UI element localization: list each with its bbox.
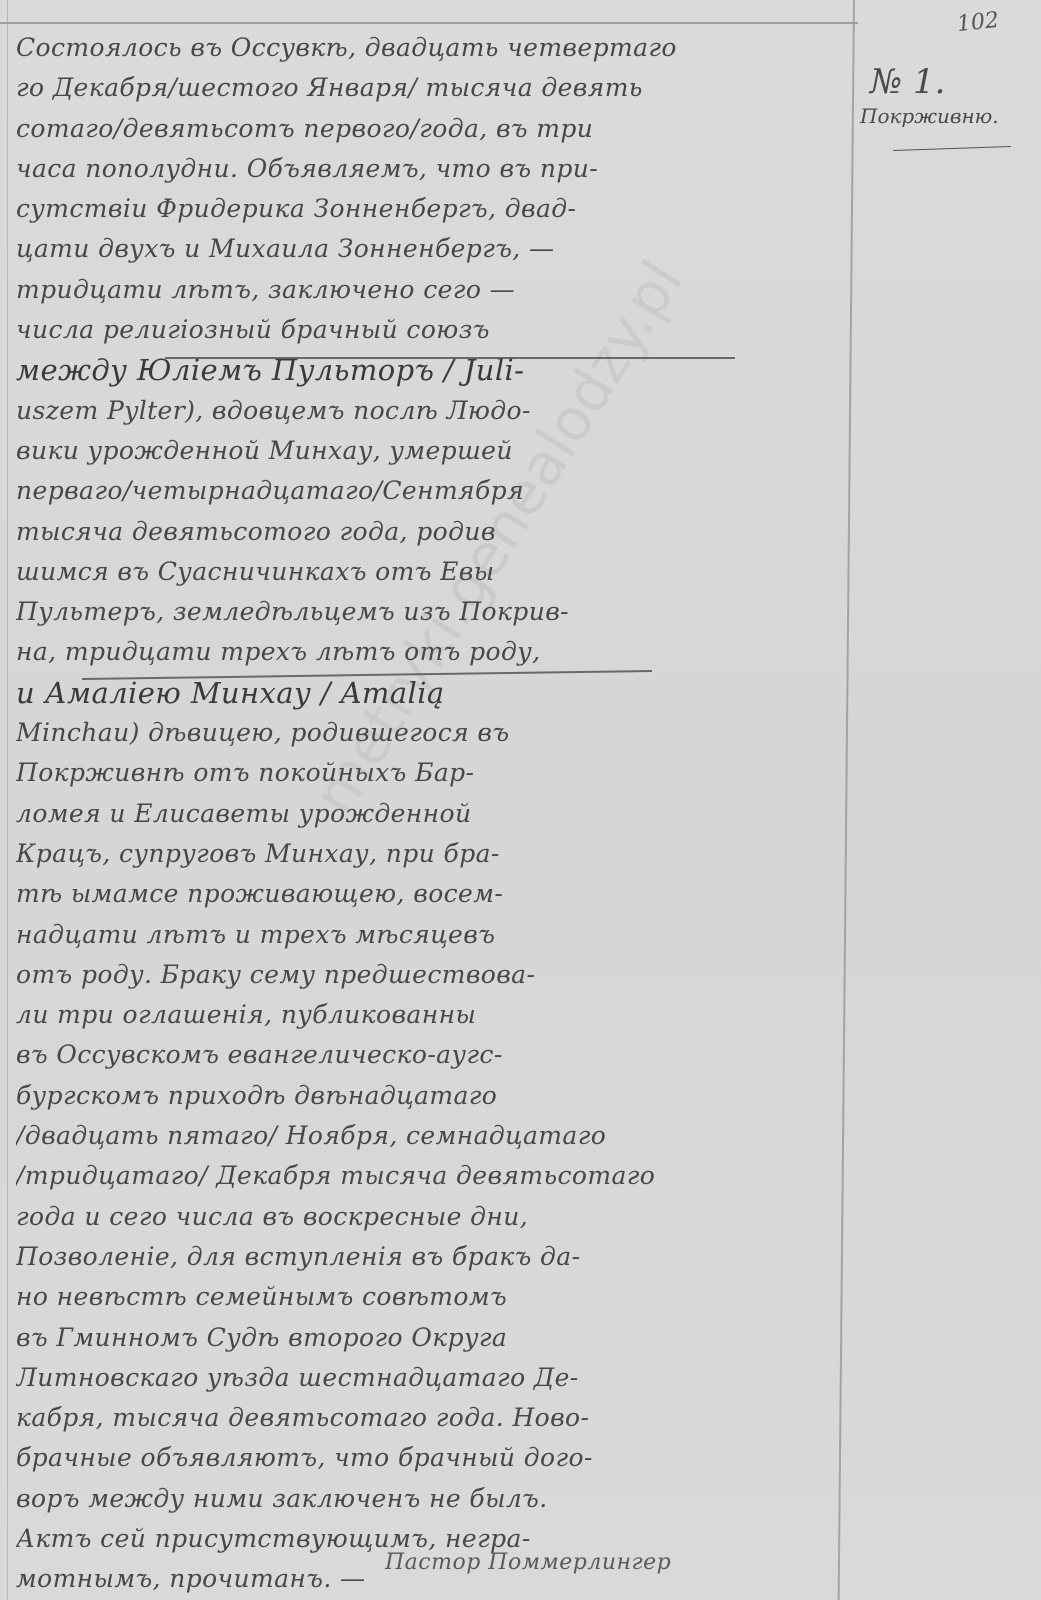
record-line: числа религіозный брачный союзъ [16,310,852,350]
record-line: Пультеръ, земледѣльцемъ изъ Покрив- [16,592,852,632]
record-line: вики урожденной Минхау, умершей [16,431,852,471]
record-line: въ Оссувскомъ евангелическо-аугс- [16,1035,852,1075]
record-line: тѣ ымамсе проживающею, восем- [16,874,852,914]
act-village-underline [893,146,1011,151]
record-line: Крацъ, супруговъ Минхау, при бра- [16,834,852,874]
record-line: Состоялось въ Оссувкѣ, двадцать четверта… [16,28,852,68]
record-line: брачные объявляютъ, что брачный дого- [16,1438,852,1478]
record-body: Состоялось въ Оссувкѣ, двадцать четверта… [16,28,852,1600]
record-line: воръ между ними заключенъ не былъ. [16,1479,852,1519]
record-line: кабря, тысяча девятьсотаго года. Ново- [16,1398,852,1438]
record-line: шимся въ Суасничинкахъ отъ Евы [16,552,852,592]
record-line: сотаго/девятьсотъ первого/года, въ три [16,109,852,149]
signature: Пастор Поммерлингер [385,1550,671,1575]
record-line: тысяча девятьсотого года, родив [16,512,852,552]
record-line: отъ роду. Браку сему предшествова- [16,955,852,995]
page-number: 102 [956,8,1000,37]
left-page-edge [7,0,8,1600]
act-village: Покрживню. [860,104,999,128]
record-line: Литновскаго уѣзда шестнадцатаго Де- [16,1358,852,1398]
record-line: Minchau) дѣвицею, родившегося въ [16,713,852,753]
record-line: /тридцатаго/ Декабря тысяча девятьсотаго [16,1156,852,1196]
act-number: № 1. [870,62,945,102]
record-line: въ Гминномъ Судѣ второго Округа [16,1318,852,1358]
record-line: часа пополудни. Объявляемъ, что въ при- [16,149,852,189]
record-line: перваго/четырнадцатаго/Сентября [16,471,852,511]
record-line: Позволеніе, для вступленія въ бракъ да- [16,1237,852,1277]
record-line: цати двухъ и Михаила Зонненбергъ, — [16,229,852,269]
record-line: года и сего числа въ воскресные дни, [16,1197,852,1237]
groom-name-underline [165,357,735,359]
record-line: го Декабря/шестого Января/ тысяча девять [16,68,852,108]
record-line: Покрживнѣ отъ покойныхъ Бар- [16,753,852,793]
record-line: ломея и Елисаветы урожденной [16,794,852,834]
record-line: тридцати лѣтъ, заключено сего — [16,270,852,310]
ledger-page: metryki.genealodzy.pl Состоялось въ Оссу… [0,0,1041,1600]
record-line: uszem Pylter), вдовцемъ послѣ Людо- [16,391,852,431]
top-ruled-line [0,22,858,24]
record-line: бургскомъ приходѣ двѣнадцатаго [16,1076,852,1116]
record-line: надцати лѣтъ и трехъ мѣсяцевъ [16,915,852,955]
record-line: но невѣстѣ семейнымъ совѣтомъ [16,1277,852,1317]
record-line: на, тридцати трехъ лѣтъ отъ роду, [16,632,852,672]
record-line: сутствіи Фридерика Зонненбергъ, двад- [16,189,852,229]
record-line: /двадцать пятаго/ Ноября, семнадцатаго [16,1116,852,1156]
record-line: ли три оглашенія, публикованны [16,995,852,1035]
